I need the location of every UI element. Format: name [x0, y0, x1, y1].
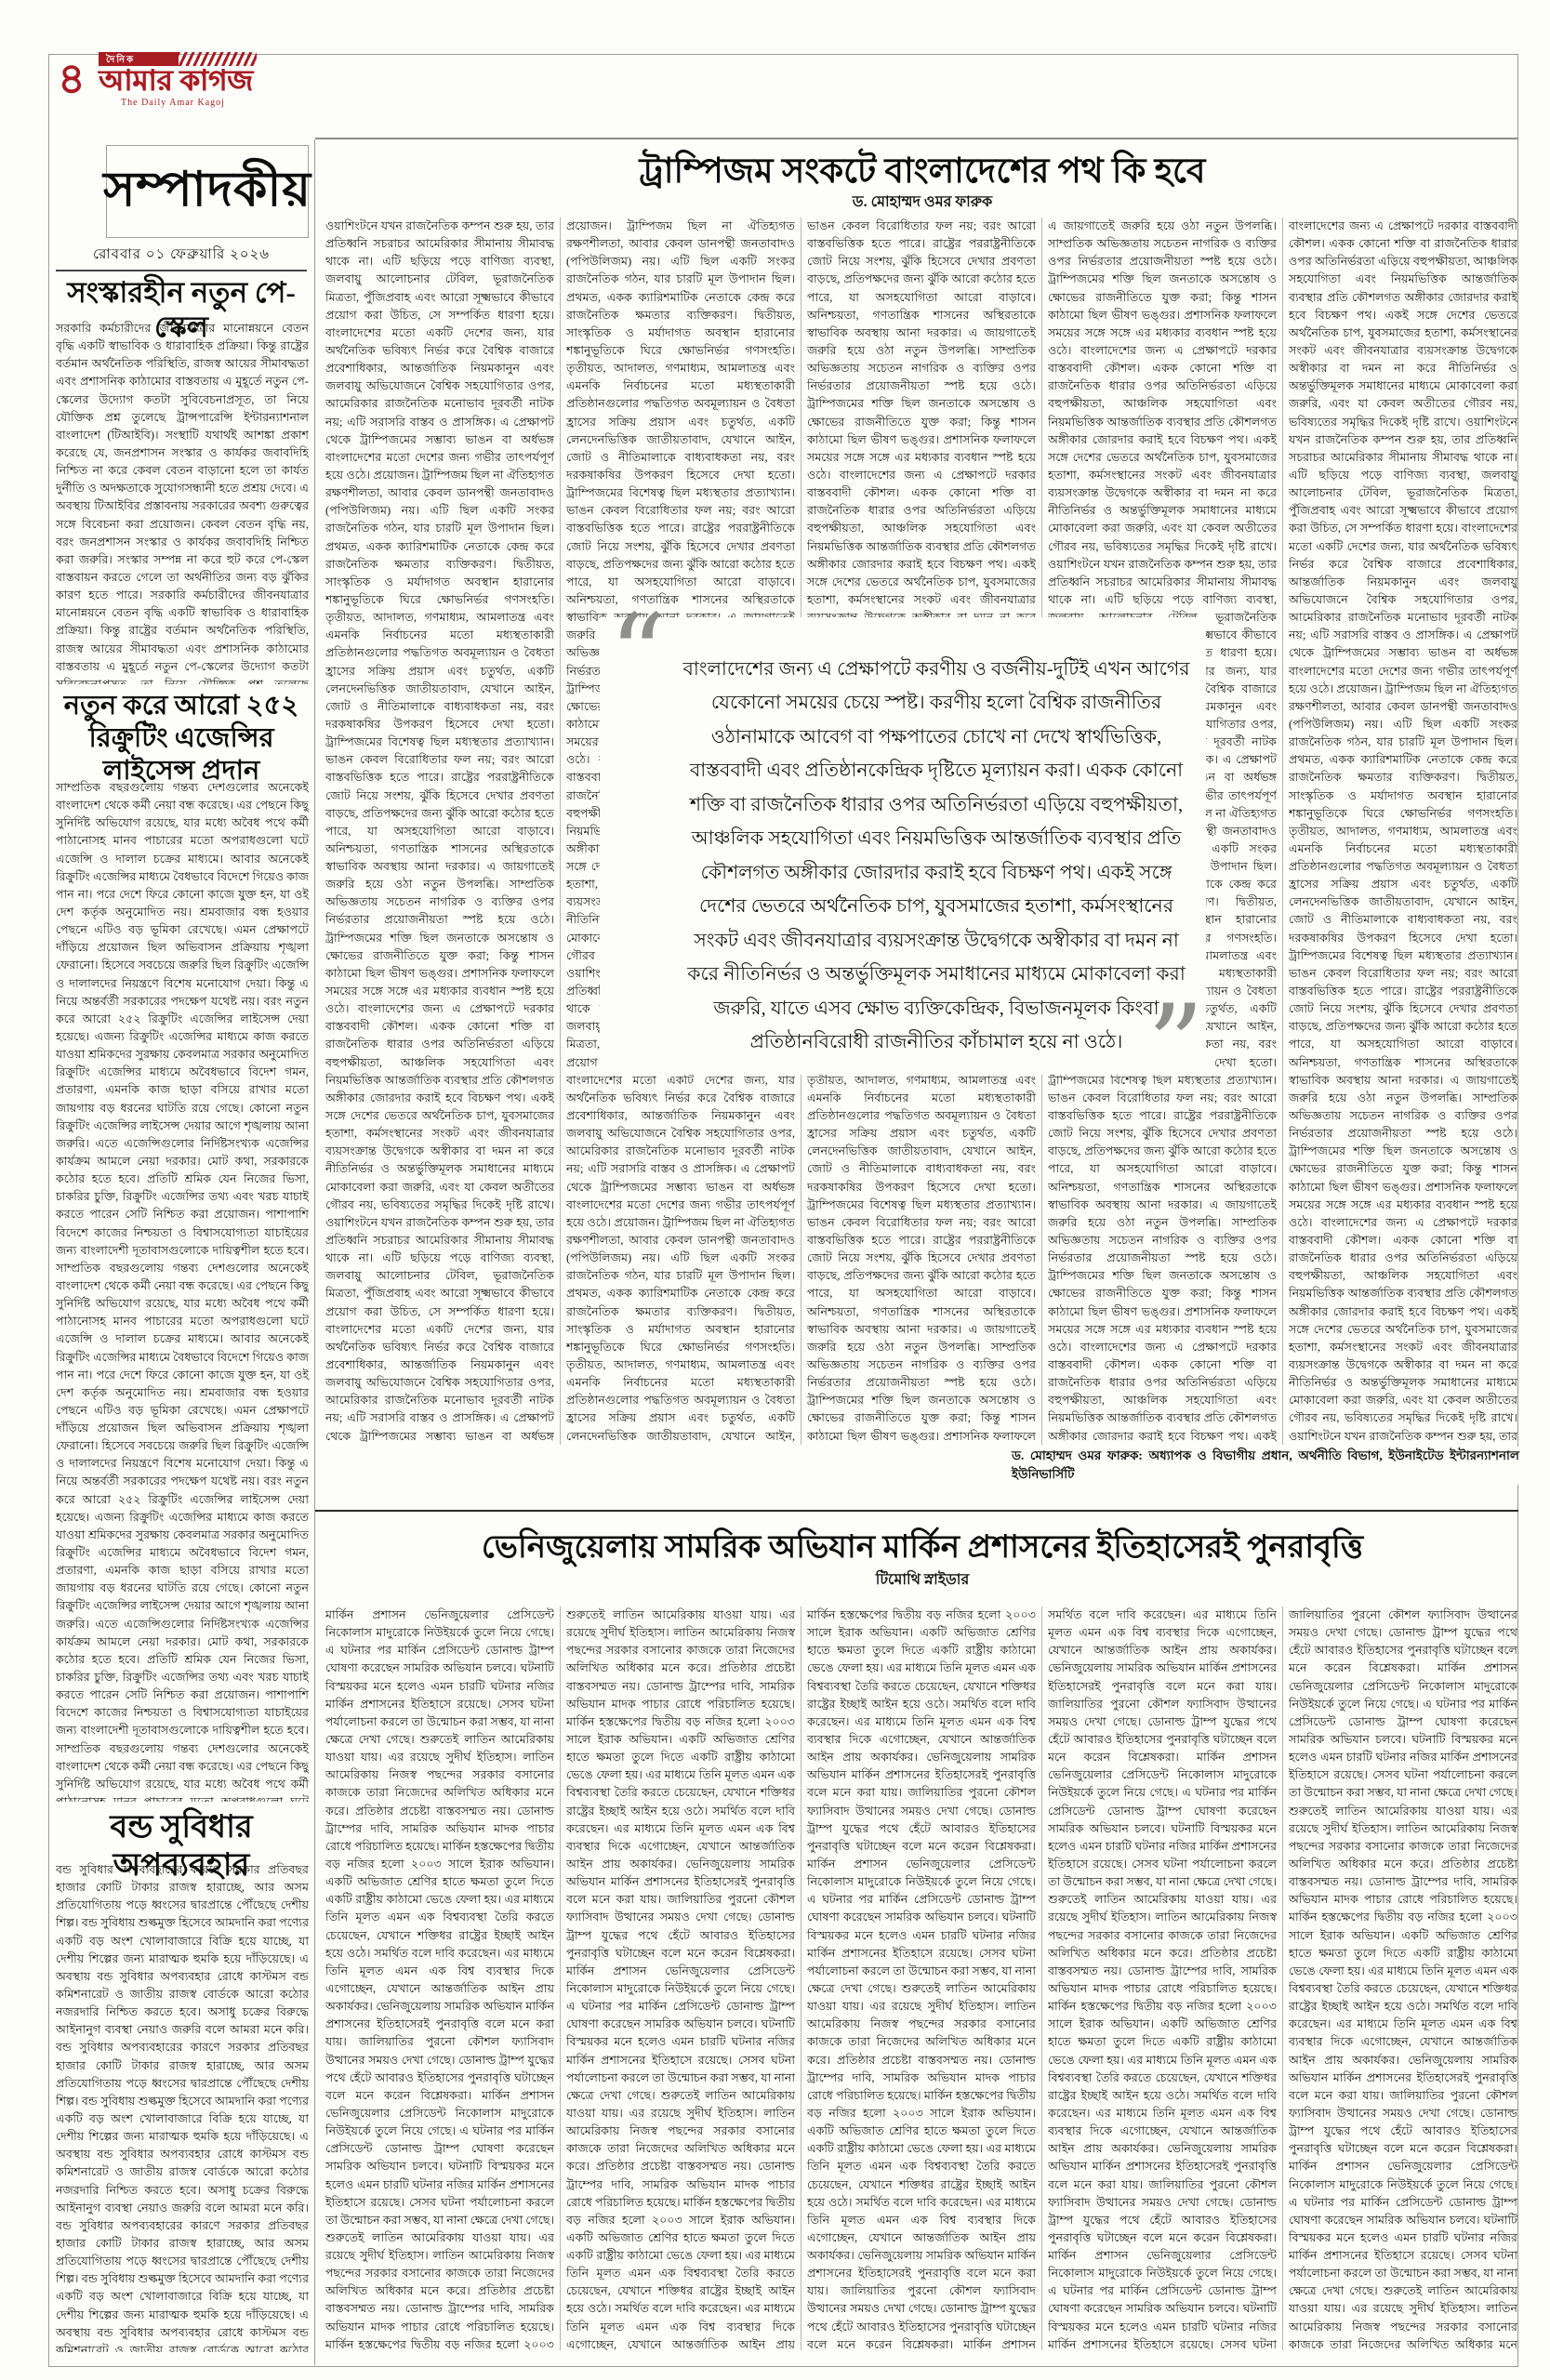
open-quote-icon: “: [609, 601, 666, 712]
editorial-section-title: সম্পাদকীয়: [103, 152, 311, 232]
newspaper-page: ৪ দৈনিক আমার কাগজ The Daily Amar Kagoj স…: [0, 0, 1550, 2380]
newspaper-logo-english: The Daily Amar Kagoj: [99, 98, 247, 108]
feature-column-rule-2: [801, 1606, 801, 2350]
editorial-section-header-box: সম্পাদকীয়: [106, 145, 309, 238]
feature-column-5: জালিয়াতির পুরনো কৌশল ফ্যাসিবাদ উত্থানের…: [1289, 1606, 1517, 2350]
oped-column-5: বাংলাদেশের জন্য এ প্রেক্ষাপটে দরকার বাস্…: [1289, 218, 1517, 1445]
pull-quote: “ বাংলাদেশের জন্য এ প্রেক্ষাপটে করণীয় ও…: [600, 617, 1206, 1075]
feature-byline: টিমোথি স্নাইডার: [325, 1567, 1519, 1593]
article-separator-rule: [315, 1510, 1518, 1512]
masthead-bottom-rule: [315, 138, 1518, 139]
feature-column-2: শুরুতেই লাতিন আমেরিকায় যাওয়া যায়। এর …: [566, 1606, 795, 2350]
newspaper-logo: আমার কাগজ: [99, 66, 294, 97]
pull-quote-text: বাংলাদেশের জন্য এ প্রেক্ষাপটে করণীয় ও ব…: [682, 653, 1191, 1060]
oped-column-rule-1: [560, 218, 561, 1445]
daily-label: দৈনিক: [106, 53, 135, 69]
daily-label-strip: দৈনিক: [99, 52, 257, 66]
main-vertical-rule: [314, 139, 315, 2365]
feature-column-rule-1: [560, 1606, 561, 2350]
editorial-2-title: নতুন করে আরো ২৫২ রিক্রুটিং এজেন্সির লাইস…: [52, 690, 311, 787]
editorial-1-body: সরকারি কর্মচারীদের জীবনযাত্রার মানোন্নয়…: [56, 320, 309, 684]
masthead: দৈনিক আমার কাগজ The Daily Amar Kagoj: [99, 52, 294, 108]
oped-column-1: ওয়াশিংটনে যখন রাজনৈতিক কম্পন শুরু হয়, …: [325, 218, 554, 1445]
editorial-2-body: সাম্প্রতিক বছরগুলোয় গন্তব্য দেশগুলোর অন…: [56, 779, 309, 1802]
editorial-3-body: বন্ড সুবিধার অপব্যবহারের কারণে সরকার প্র…: [56, 1861, 309, 2352]
feature-column-1: মার্কিন প্রশাসন ভেনিজুয়েলার প্রেসিডেন্ট…: [325, 1606, 554, 2350]
oped-author-credit: ড. মোহাম্মদ ওমর ফারুক: অধ্যাপক ও বিভাগীয…: [1012, 1447, 1519, 1485]
date-divider-rule: [56, 270, 307, 271]
page-number: ৪: [58, 58, 86, 100]
feature-column-3: মার্কিন হস্তক্ষেপের দ্বিতীয় বড় নজির হল…: [807, 1606, 1036, 2350]
feature-column-4: সমর্থিত বলে দাবি করেছেন। এর মাধ্যমে তিনি…: [1048, 1606, 1277, 2350]
oped-column-rule-4: [1282, 218, 1283, 1445]
feature-column-rule-4: [1282, 1606, 1283, 2350]
edition-date: রোববার ০১ ফেব্রুয়ারি ২০২৬: [56, 244, 307, 267]
oped-byline: ড. মোহাম্মদ ওমর ফারুক: [325, 190, 1519, 215]
feature-column-rule-3: [1041, 1606, 1042, 2350]
close-quote-icon: ”: [1147, 991, 1204, 1103]
